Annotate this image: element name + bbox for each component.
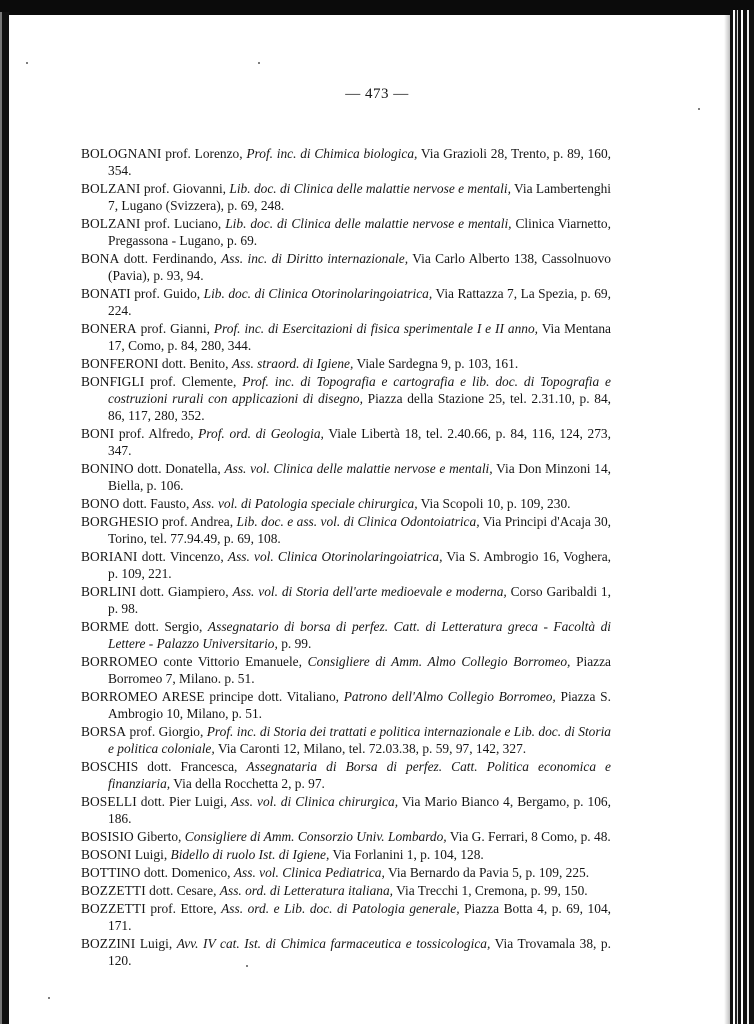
entry-surname: BOTTINO <box>81 865 140 880</box>
entry-title: dott. Pier Luigi, <box>141 794 227 809</box>
entry-role: Lib. doc. di Clinica delle malattie nerv… <box>225 216 511 231</box>
directory-entry: BOLZANI prof. Luciano, Lib. doc. di Clin… <box>81 215 611 249</box>
entry-title: prof. Lorenzo, <box>165 146 242 161</box>
entry-title: prof. Giorgio, <box>130 724 204 739</box>
directory-entry: BOSONI Luigi, Bidello di ruolo Ist. di I… <box>81 846 611 863</box>
directory-entry: BORLINI dott. Giampiero, Ass. vol. di St… <box>81 583 611 617</box>
entry-role: Ass. ord. e Lib. doc. di Patologia gener… <box>221 901 459 916</box>
entry-title: dott. Domenico, <box>144 865 231 880</box>
entry-role: Consigliere di Amm. Consorzio Univ. Lomb… <box>185 829 447 844</box>
entry-surname: BORGHESIO <box>81 514 159 529</box>
entry-title: prof. Alfredo, <box>119 426 194 441</box>
entry-address: Via Trecchi 1, Cremona, p. 99, 150. <box>396 883 587 898</box>
entry-role: Prof. inc. di Chimica biologica, <box>246 146 417 161</box>
entry-surname: BONERA <box>81 321 137 336</box>
entry-address: Via Scopoli 10, p. 109, 230. <box>421 496 571 511</box>
entry-role: Ass. inc. di Diritto internazionale, <box>221 251 408 266</box>
entry-title: dott. Benito, <box>162 356 229 371</box>
entry-surname: BOLOGNANI <box>81 146 162 161</box>
entry-title: dott. Giampiero, <box>140 584 229 599</box>
directory-entry: BOSELLI dott. Pier Luigi, Ass. vol. di C… <box>81 793 611 827</box>
entry-title: dott. Francesca, <box>147 759 237 774</box>
directory-entry: BONI prof. Alfredo, Prof. ord. di Geolog… <box>81 425 611 459</box>
entry-address: p. 99. <box>281 636 311 651</box>
directory-entry: BOSCHIS dott. Francesca, Assegnataria di… <box>81 758 611 792</box>
entry-title: dott. Vincenzo, <box>142 549 224 564</box>
directory-entry: BONA dott. Ferdinando, Ass. inc. di Diri… <box>81 250 611 284</box>
directory-entry: BONATI prof. Guido, Lib. doc. di Clinica… <box>81 285 611 319</box>
entry-role: Prof. ord. di Geologia, <box>198 426 324 441</box>
entry-surname: BORROMEO <box>81 654 158 669</box>
entry-title: dott. Ferdinando, <box>124 251 217 266</box>
directory-entry: BONO dott. Fausto, Ass. vol. di Patologi… <box>81 495 611 512</box>
entry-role: Ass. vol. di Storia dell'arte medioevale… <box>232 584 506 599</box>
entry-surname: BOSCHIS <box>81 759 138 774</box>
entry-title: prof. Ettore, <box>150 901 216 916</box>
entry-role: Lib. doc. di Clinica delle malattie nerv… <box>229 181 511 196</box>
entry-surname: BORIANI <box>81 549 138 564</box>
scan-speck <box>698 108 700 110</box>
entry-title: prof. Luciano, <box>144 216 221 231</box>
entry-surname: BOLZANI <box>81 216 140 231</box>
directory-entry: BORROMEO ARESE principe dott. Vitaliano,… <box>81 688 611 722</box>
entry-role: Ass. vol. Clinica Pediatrica, <box>234 865 385 880</box>
entry-title: Giberto, <box>137 829 181 844</box>
scan-left-border <box>2 12 9 1024</box>
entry-surname: BOSELLI <box>81 794 137 809</box>
entry-surname: BONI <box>81 426 114 441</box>
directory-entry: BOLOGNANI prof. Lorenzo, Prof. inc. di C… <box>81 145 611 179</box>
directory-entry: BORGHESIO prof. Andrea, Lib. doc. e ass.… <box>81 513 611 547</box>
entry-surname: BOZZETTI <box>81 883 146 898</box>
entry-title: prof. Andrea, <box>162 514 233 529</box>
entry-title: Luigi, <box>140 936 172 951</box>
scan-speck <box>258 62 260 64</box>
directory-entry: BONINO dott. Donatella, Ass. vol. Clinic… <box>81 460 611 494</box>
entry-role: Lib. doc. e ass. vol. di Clinica Odontoi… <box>237 514 480 529</box>
entry-surname: BONFERONI <box>81 356 159 371</box>
entry-surname: BORSA <box>81 724 126 739</box>
directory-entry: BOZZETTI dott. Cesare, Ass. ord. di Lett… <box>81 882 611 899</box>
entry-surname: BOSONI <box>81 847 131 862</box>
entry-surname: BOZZETTI <box>81 901 146 916</box>
entry-role: Bidello di ruolo Ist. di Igiene, <box>171 847 330 862</box>
entry-title: prof. Gianni, <box>141 321 210 336</box>
entry-role: Patrono dell'Almo Collegio Borromeo, <box>344 689 556 704</box>
directory-entry: BORIANI dott. Vincenzo, Ass. vol. Clinic… <box>81 548 611 582</box>
scan-top-border <box>0 0 754 15</box>
entry-title: dott. Fausto, <box>123 496 190 511</box>
entry-role: Avv. IV cat. Ist. di Chimica farmaceutic… <box>177 936 491 951</box>
directory-entry: BOZZINI Luigi, Avv. IV cat. Ist. di Chim… <box>81 935 611 969</box>
entry-title: dott. Donatella, <box>137 461 220 476</box>
directory-entry: BORME dott. Sergio, Assegnatario di bors… <box>81 618 611 652</box>
entry-surname: BONFIGLI <box>81 374 144 389</box>
entry-title: principe dott. Vitaliano, <box>209 689 339 704</box>
scan-right-border <box>730 10 754 1024</box>
directory-entry: BOTTINO dott. Domenico, Ass. vol. Clinic… <box>81 864 611 881</box>
entry-role: Ass. vol. Clinica delle malattie nervose… <box>224 461 492 476</box>
entry-role: Ass. ord. di Letteratura italiana, <box>220 883 393 898</box>
entry-address: Via Caronti 12, Milano, tel. 72.03.38, p… <box>218 741 526 756</box>
entry-surname: BONO <box>81 496 119 511</box>
entry-surname: BONA <box>81 251 119 266</box>
directory-entries: BOLOGNANI prof. Lorenzo, Prof. inc. di C… <box>81 145 611 970</box>
directory-entry: BORROMEO conte Vittorio Emanuele, Consig… <box>81 653 611 687</box>
directory-entry: BONFERONI dott. Benito, Ass. straord. di… <box>81 355 611 372</box>
entry-role: Ass. vol. di Clinica chirurgica, <box>231 794 398 809</box>
entry-title: conte Vittorio Emanuele, <box>163 654 302 669</box>
entry-surname: BOSISIO <box>81 829 134 844</box>
page-number: — 473 — <box>0 86 754 103</box>
entry-surname: BOLZANI <box>81 181 140 196</box>
entry-surname: BORLINI <box>81 584 136 599</box>
directory-entry: BORSA prof. Giorgio, Prof. inc. di Stori… <box>81 723 611 757</box>
entry-surname: BONINO <box>81 461 134 476</box>
entry-address: Via della Rocchetta 2, p. 97. <box>173 776 325 791</box>
entry-title: prof. Giovanni, <box>144 181 226 196</box>
entry-role: Lib. doc. di Clinica Otorinolaringoiatri… <box>204 286 433 301</box>
entry-title: prof. Guido, <box>134 286 200 301</box>
directory-entry: BOZZETTI prof. Ettore, Ass. ord. e Lib. … <box>81 900 611 934</box>
entry-address: Via Forlanini 1, p. 104, 128. <box>332 847 483 862</box>
entry-role: Ass. vol. Clinica Otorinolaringoiatrica, <box>228 549 443 564</box>
entry-address: Via G. Ferrari, 8 Como, p. 48. <box>450 829 611 844</box>
directory-entry: BONFIGLI prof. Clemente, Prof. inc. di T… <box>81 373 611 424</box>
entry-title: Luigi, <box>135 847 167 862</box>
entry-role: Prof. inc. di Esercitazioni di fisica sp… <box>214 321 538 336</box>
entry-title: prof. Clemente, <box>150 374 236 389</box>
entry-surname: BONATI <box>81 286 131 301</box>
entry-role: Consigliere di Amm. Almo Collegio Borrom… <box>308 654 571 669</box>
scan-speck <box>26 62 28 64</box>
entry-address: Viale Sardegna 9, p. 103, 161. <box>356 356 518 371</box>
entry-title: dott. Cesare, <box>149 883 216 898</box>
entry-address: Via Bernardo da Pavia 5, p. 109, 225. <box>388 865 589 880</box>
entry-title: dott. Sergio, <box>135 619 203 634</box>
entry-role: Ass. straord. di Igiene, <box>232 356 354 371</box>
entry-surname: BORROMEO ARESE <box>81 689 205 704</box>
directory-entry: BOSISIO Giberto, Consigliere di Amm. Con… <box>81 828 611 845</box>
directory-entry: BONERA prof. Gianni, Prof. inc. di Eserc… <box>81 320 611 354</box>
scan-speck <box>48 997 50 999</box>
entry-surname: BORME <box>81 619 129 634</box>
entry-role: Ass. vol. di Patologia speciale chirurgi… <box>193 496 418 511</box>
entry-surname: BOZZINI <box>81 936 135 951</box>
directory-entry: BOLZANI prof. Giovanni, Lib. doc. di Cli… <box>81 180 611 214</box>
